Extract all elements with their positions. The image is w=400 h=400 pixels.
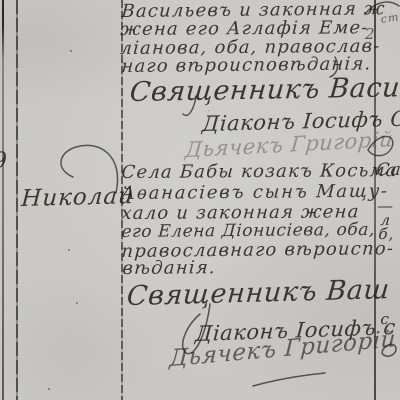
margin-fragment-next-column: с (380, 312, 391, 327)
column-rule-left-outer (2, 0, 4, 400)
record-main-line: Села Бабы козакъ Косьма (121, 162, 398, 182)
paper-speck (48, 388, 50, 390)
margin-fragment-next-column: Са (376, 162, 400, 179)
priest-signature-top: Священникъ Васил (129, 74, 400, 106)
record-main-line: Аѳанасіевъ сынъ Мащу- (121, 183, 389, 203)
paper-speck (76, 302, 78, 304)
margin-fragment-next-column: б, (378, 227, 395, 242)
paper-speck (208, 110, 209, 111)
row-number-fragment: 9 (0, 151, 8, 173)
column-rule-left-inner (16, 0, 18, 400)
metrical-register-scan: Васильевъ и законная ж жена его Аглафія … (0, 0, 400, 400)
margin-fragment-top-small: ст. (380, 11, 400, 25)
child-name: Николай (21, 185, 135, 211)
paper-speck (70, 50, 72, 52)
record-main-line: вѣданія. (122, 259, 216, 278)
priest-signature-main: Священникъ Ваш (126, 276, 391, 310)
flourish-sexton-main-tail (253, 373, 325, 386)
paper-speck (68, 249, 70, 251)
margin-fragment-digit: 2 (365, 27, 376, 42)
